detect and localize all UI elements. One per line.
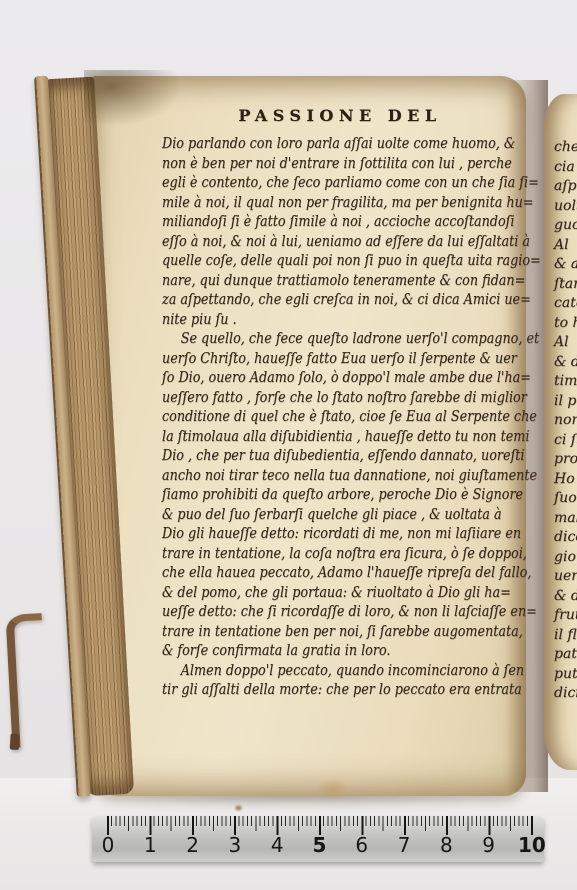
text-line: la ſtimolaua alla diſubidientia , haueſſ…	[162, 427, 465, 447]
ruler-number: 6	[349, 833, 375, 857]
text-fragment-line: ci ſtan	[554, 431, 577, 451]
text-line: Se quello, che fece queſto ladrone uerſo…	[162, 329, 465, 349]
text-line: ſo Dio, ouero Adamo ſolo, ò doppo'l male…	[162, 368, 465, 388]
text-fragment-line: che li	[554, 138, 577, 158]
ruler-numbers: 0 1 2 3 4 5 6 7 8 9 10	[95, 833, 544, 857]
text-line: ueſſe detto: che ſi ricordaſſe di loro, …	[162, 602, 465, 622]
text-line: Dio gli haueſſe detto: ricordati di me, …	[162, 524, 465, 544]
text-line: Dio , che per tua diſubedientia, eſſendo…	[162, 446, 465, 466]
text-line: ancho noi tirar teco nella tua dannation…	[162, 466, 465, 486]
text-line: mile à noi, il qual non per fragilita, m…	[162, 193, 465, 213]
text-fragment-line: ſtamen	[554, 275, 577, 295]
text-fragment-line: cato,m	[554, 294, 577, 314]
text-line: nare, qui dunque trattiamolo teneramente…	[162, 271, 465, 291]
text-line: trare in tentatione ben per noi, ſi ſare…	[162, 622, 465, 642]
text-line: & forſe confirmata la gratia in loro.	[162, 641, 465, 661]
ruler-number: 9	[476, 833, 502, 857]
text-line: ueſſero fatto , forſe che lo ſtato noſtr…	[162, 388, 465, 408]
ruler-number: 10	[518, 833, 544, 857]
running-header: PASSIONE DEL	[162, 106, 518, 125]
text-fragment-line: giouar	[554, 548, 577, 568]
ruler-number: 2	[180, 833, 206, 857]
ruler-number: 3	[222, 833, 248, 857]
text-fragment-line: dicialm	[554, 684, 577, 704]
text-fragment-line: il flagel	[554, 626, 577, 646]
ruler-number: 7	[391, 833, 417, 857]
text-fragment-line: ſuoi,ò n	[554, 489, 577, 509]
text-line: trare in tentatione, la coſa noſtra era …	[162, 544, 465, 564]
ink-speck	[234, 804, 243, 812]
ruler-number: 0	[95, 833, 121, 857]
text-line: quelle coſe, delle quali poi non ſi puo …	[162, 251, 465, 271]
text-line: Dio parlando con loro parla aſſai uolte …	[162, 134, 465, 154]
text-line: ſiamo prohibiti da queſto arbore, peroch…	[162, 485, 465, 505]
text-line: & puo del ſuo ſerbarſi quelche gli piace…	[162, 505, 465, 525]
text-line: & del pomo, che gli portaua: & riuoltato…	[162, 583, 465, 603]
text-fragment-line: non aſ	[554, 411, 577, 431]
text-line: nite piu ſu .	[162, 310, 465, 330]
text-fragment-line: patern	[554, 645, 577, 665]
photo-scene: PASSIONE DEL Dio parlando con loro parla…	[0, 0, 577, 890]
text-line: tir gli aſſalti della morte: che per lo …	[162, 680, 465, 700]
text-fragment-line: dicendo	[554, 528, 577, 548]
text-fragment-line: cia di	[554, 158, 577, 178]
text-fragment-line: timo q	[554, 372, 577, 392]
text-line: eſſo à noi, & noi à lui, ueniamo ad eſſe…	[162, 232, 465, 252]
text-line: Almen doppo'l peccato, quando incomincia…	[162, 661, 465, 681]
text-fragment-line: frutto,	[554, 606, 577, 626]
text-fragment-line: uoltat	[554, 197, 577, 217]
text-line: egli è contento, che ſeco parliamo come …	[162, 173, 465, 193]
ruler-number: 5	[306, 833, 332, 857]
text-fragment-line: aſpett	[554, 177, 577, 197]
corner-browning-stain	[84, 70, 184, 128]
right-page-text-fragments: che li cia di aſpett uoltat guo tu Al & …	[554, 138, 577, 704]
book-right-page-sliver: che li cia di aſpett uoltat guo tu Al & …	[544, 94, 577, 770]
measuring-ruler: 0 1 2 3 4 5 6 7 8 9 10	[92, 816, 544, 862]
text-fragment-line: il per	[554, 392, 577, 412]
text-fragment-line: Ho	[554, 470, 577, 490]
text-fragment-line: prome	[554, 450, 577, 470]
ruler-number: 1	[137, 833, 163, 857]
text-fragment-line: puta à	[554, 665, 577, 685]
text-line: conditione di quel che è ſtato, cioe ſe …	[162, 407, 465, 427]
ruler-number: 8	[433, 833, 459, 857]
page-text-lines: Dio parlando con loro parla aſſai uolte …	[162, 134, 518, 700]
foxing-stain	[316, 778, 350, 800]
text-fragment-line: malo ſt	[554, 509, 577, 529]
text-fragment-line: & alla	[554, 255, 577, 275]
text-fragment-line: & deſi	[554, 353, 577, 373]
leather-tie-tip	[10, 734, 20, 750]
text-fragment-line: uerrebb	[554, 567, 577, 587]
text-line: za aſpettando, che egli creſca in noi, &…	[162, 290, 465, 310]
text-fragment-line: guo tu	[554, 216, 577, 236]
text-fragment-line: to hare	[554, 314, 577, 334]
text-line: non è ben per noi d'entrare in ſottilita…	[162, 154, 465, 174]
text-fragment-line: & di fa	[554, 587, 577, 607]
gutter-shadow	[506, 80, 548, 792]
text-line: che ella hauea peccato, Adamo l'haueſſe …	[162, 563, 465, 583]
ruler-number: 4	[264, 833, 290, 857]
page-text-block: PASSIONE DEL Dio parlando con loro parla…	[162, 106, 518, 700]
text-fragment-line: Al	[554, 333, 577, 353]
text-line: miliandoſi ſi è fatto ſimile à noi , acc…	[162, 212, 465, 232]
leather-tie-strap	[6, 613, 49, 748]
text-line: uerſo Chriſto, haueſſe fatto Eua uerſo i…	[162, 349, 465, 369]
text-fragment-line: Al	[554, 236, 577, 256]
book-left-page: PASSIONE DEL Dio parlando con loro parla…	[88, 76, 526, 796]
